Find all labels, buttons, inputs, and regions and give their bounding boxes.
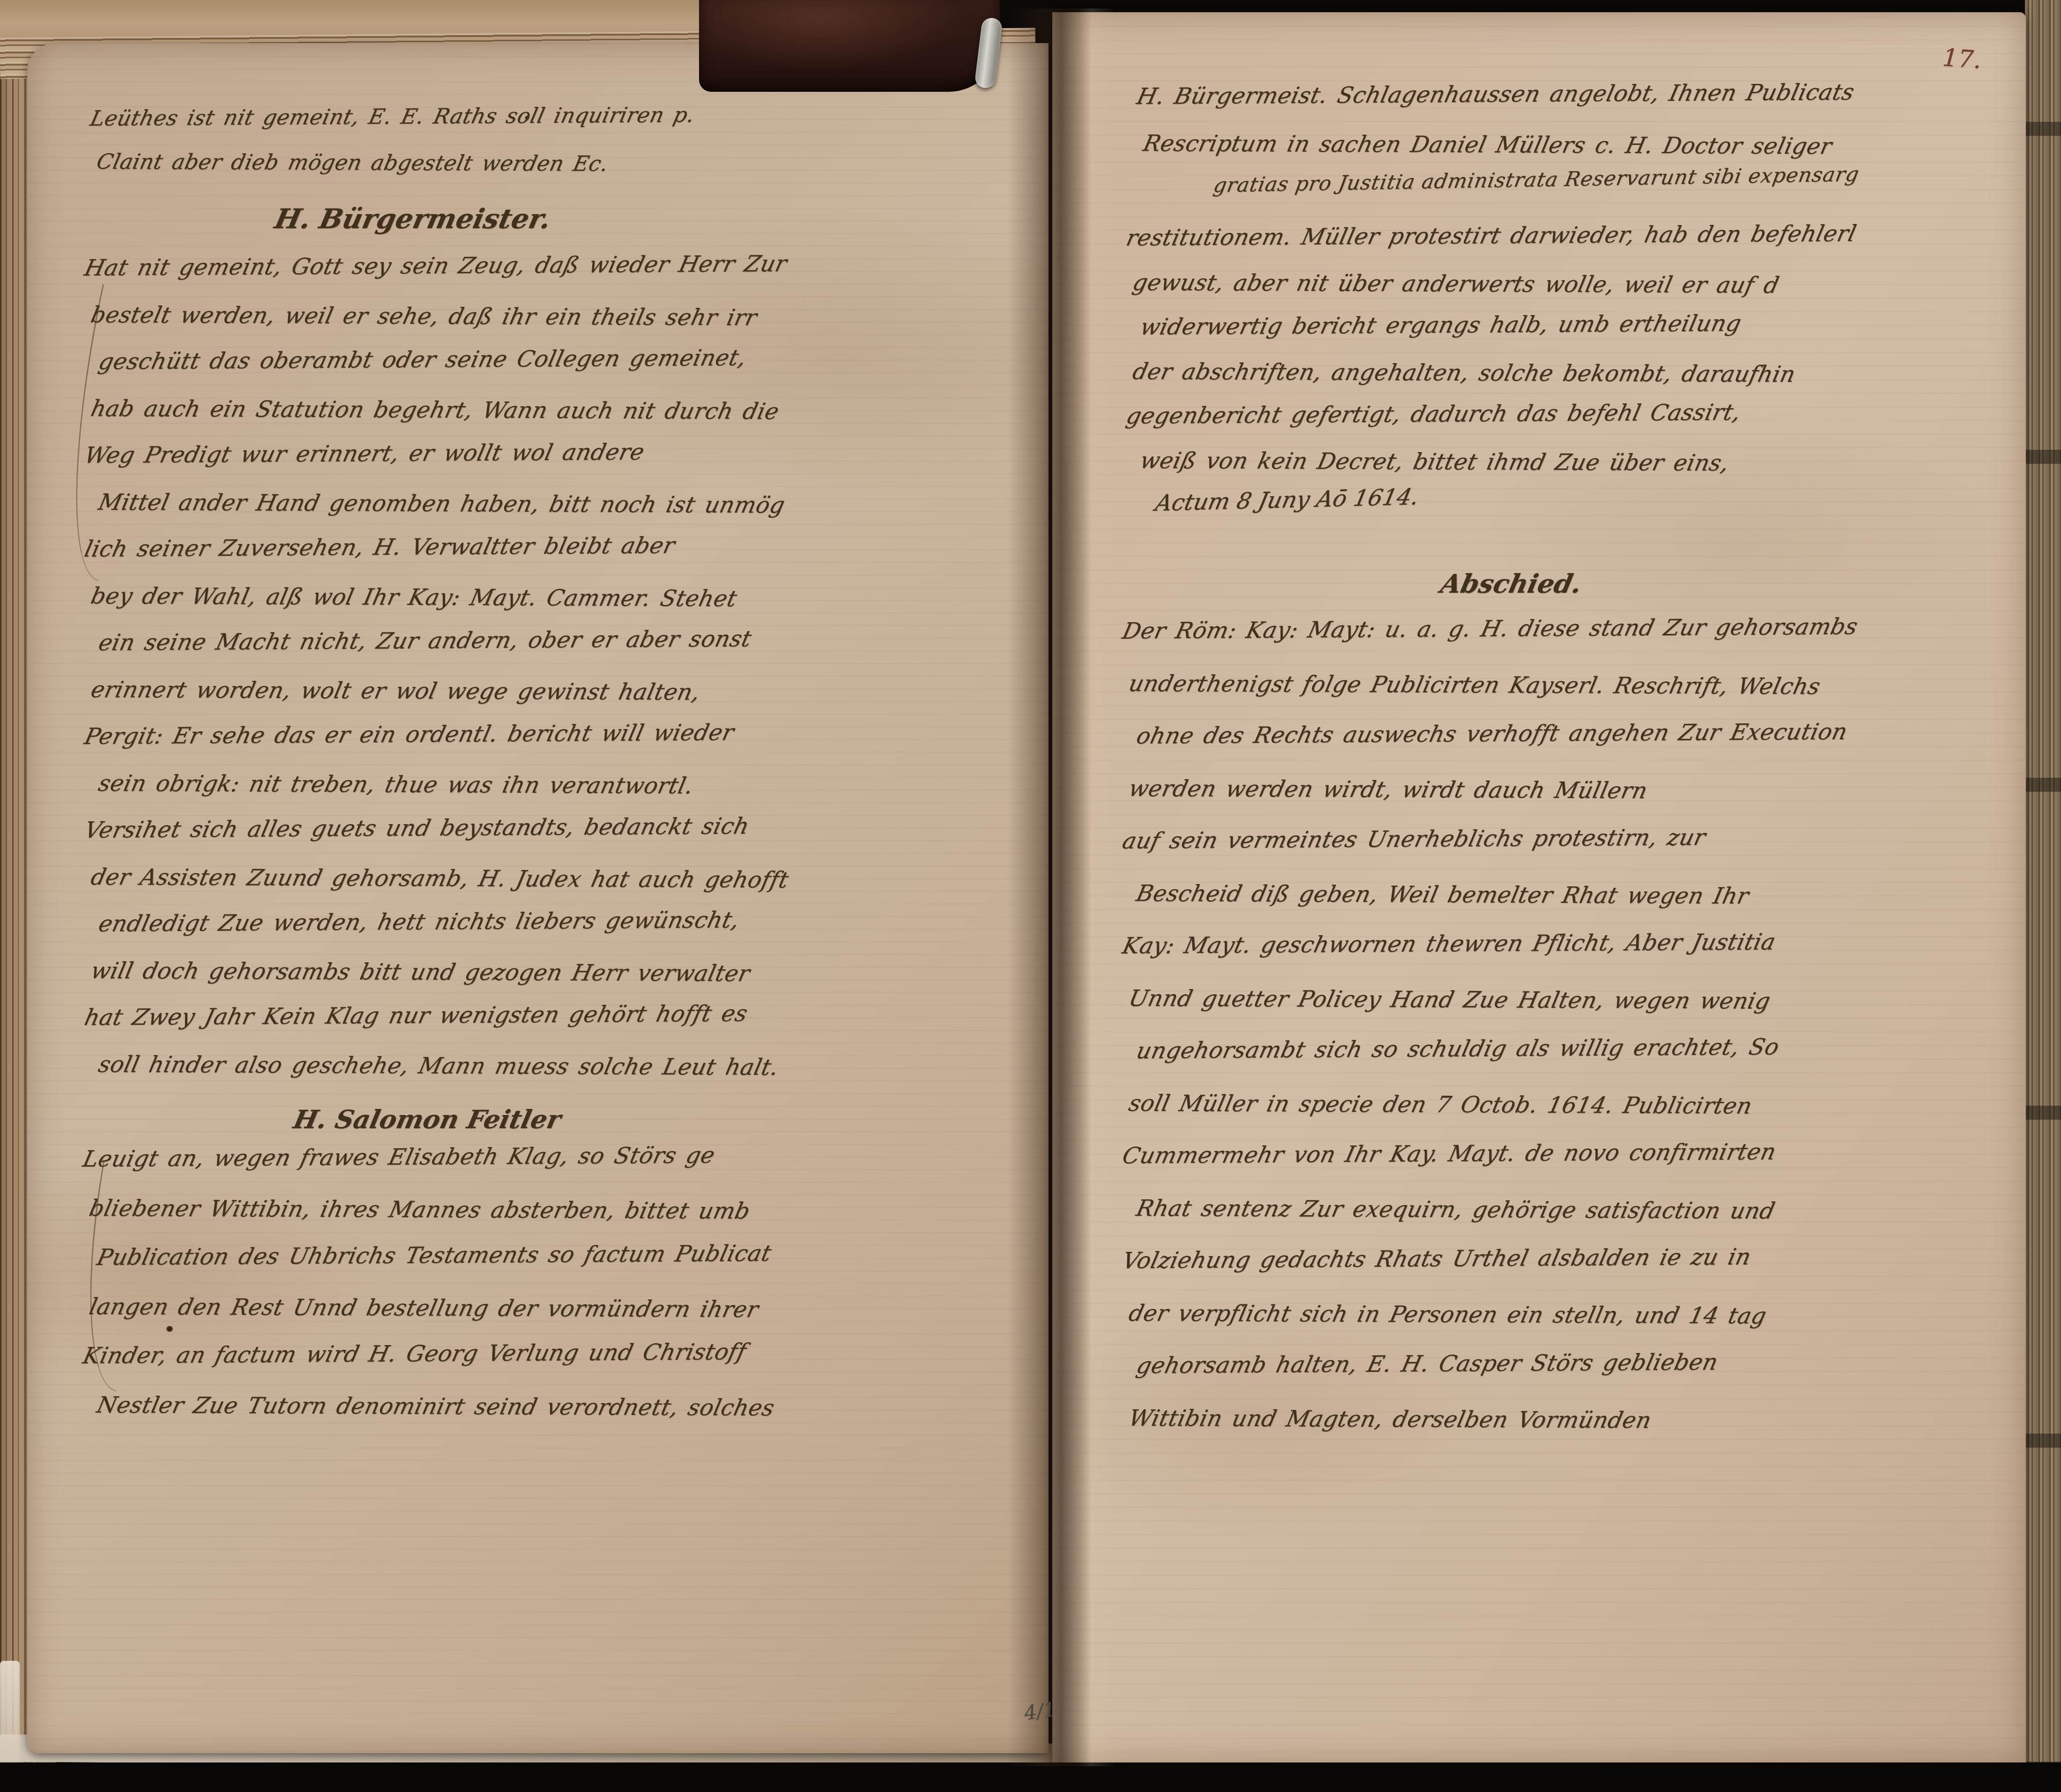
- page-number: 17.: [1942, 44, 1982, 74]
- manuscript-line: bey der Wahl, alß wol Ihr Kay: Mayt. Cam…: [86, 573, 793, 622]
- left-intro-entry: Leüthes ist nit gemeint, E. E. Raths sol…: [86, 97, 689, 183]
- manuscript-line: underthenigst folge Publicirten Kayserl.…: [1124, 657, 1861, 713]
- abschied-entry: Der Röm: Kay: Mayt: u. a. g. H. diese st…: [1117, 605, 1851, 1444]
- manuscript-line: widerwertig bericht ergangs halb, umb er…: [1136, 301, 1861, 349]
- manuscript-line: Der Röm: Kay: Mayt: u. a. g. H. diese st…: [1117, 600, 1863, 657]
- manuscript-line: hab auch ein Statution begehrt, Wann auc…: [86, 385, 793, 435]
- manuscript-line: geschütt das oberambt oder seine College…: [94, 334, 796, 385]
- manuscript-line: langen den Rest Unnd bestellung der vorm…: [84, 1282, 779, 1334]
- salomon-feitler-entry: Leuigt an, wegen frawes Elisabeth Klag, …: [78, 1135, 769, 1430]
- manuscript-line: Leüthes ist nit gemeint, E. E. Raths sol…: [86, 93, 699, 140]
- manuscript-line: Versihet sich alles guets und beystandts…: [80, 803, 796, 854]
- manuscript-line: Unnd guetter Policey Hand Zue Halten, we…: [1124, 972, 1861, 1028]
- manuscript-line: erinnert worden, wolt er wol wege gewins…: [86, 666, 793, 716]
- manuscript-line: soll Müller in specie den 7 Octob. 1614.…: [1124, 1077, 1861, 1133]
- book-cover-leather: [699, 0, 1000, 92]
- manuscript-line: Cummermehr von Ihr Kay. Mayt. de novo co…: [1117, 1125, 1863, 1182]
- manuscript-line: Wittibin und Magten, derselben Vormünden: [1124, 1392, 1861, 1448]
- manuscript-line: Volziehung gedachts Rhats Urthel alsbald…: [1117, 1230, 1863, 1287]
- manuscript-line: sein obrigk: nit treben, thue was ihn ve…: [94, 760, 793, 810]
- manuscript-line: Weg Predigt wur erinnert, er wollt wol a…: [80, 428, 796, 479]
- actum-date-line: Actum 8 Juny Aō 1614.: [1153, 483, 1421, 516]
- pencil-folio-note: 4/1: [1023, 1698, 1057, 1725]
- manuscript-line: weiß von kein Decret, bittet ihmd Zue üb…: [1136, 439, 1859, 486]
- manuscript-line: hat Zwey Jahr Kein Klag nur wenigsten ge…: [80, 990, 796, 1041]
- manuscript-line: Nestler Zue Tutorn denominirt seind vero…: [92, 1381, 779, 1433]
- manuscript-line: endledigt Zue werden, hett nichts lieber…: [94, 896, 796, 947]
- manuscript-line: Leuigt an, wegen frawes Elisabeth Klag, …: [78, 1130, 781, 1184]
- manuscript-line: Publication des Uhbrichs Testaments so f…: [92, 1229, 781, 1282]
- manuscript-scan: Leüthes ist nit gemeint, E. E. Raths sol…: [0, 0, 2061, 1792]
- manuscript-line: ohne des Rechts auswechs verhofft angehe…: [1131, 706, 1863, 762]
- manuscript-line: gehorsamb halten, E. H. Casper Störs geb…: [1131, 1335, 1863, 1392]
- manuscript-line: der verpflicht sich in Personen ein stel…: [1124, 1287, 1861, 1343]
- manuscript-line: lich seiner Zuversehen, H. Verwaltter bl…: [80, 521, 796, 573]
- manuscript-line: soll hinder also geschehe, Mann muess so…: [94, 1041, 793, 1091]
- table-shadow: [0, 1762, 2061, 1792]
- manuscript-line: restitutionem. Müller protestirt darwied…: [1122, 212, 1861, 260]
- burgermeister-heading: H. Bürgermeister.: [271, 198, 555, 240]
- manuscript-line: ein seine Macht nicht, Zur andern, ober …: [94, 615, 796, 666]
- manuscript-line: Claint aber dieb mögen abgestelt werden …: [92, 140, 698, 186]
- manuscript-line: Kinder, an factum wird H. Georg Verlung …: [78, 1327, 781, 1381]
- burgermeister-entry: Hat nit gemeint, Gott sey sein Zeug, daß…: [80, 245, 784, 1088]
- left-edge-highlight: [0, 1661, 20, 1769]
- manuscript-line: bestelt werden, weil er sehe, daß ihr ei…: [86, 291, 793, 341]
- right-page: 17. H. Bürgermeist. Schlagenhaussen ange…: [1052, 12, 2026, 1764]
- manuscript-line: Mittel ander Hand genomben haben, bitt n…: [94, 479, 793, 528]
- rescript-entry: restitutionem. Müller protestirt darwied…: [1122, 216, 1850, 483]
- abschied-heading: Abschied.: [1436, 561, 1586, 606]
- manuscript-line: der Assisten Zuund gehorsamb, H. Judex h…: [86, 854, 793, 903]
- manuscript-line: auf sein vermeintes Unerheblichs protest…: [1117, 810, 1863, 867]
- manuscript-line: werden werden wirdt, wirdt dauch Müllern: [1124, 762, 1861, 818]
- manuscript-line: gegenbericht gefertigt, dadurch das befe…: [1122, 390, 1861, 439]
- manuscript-line: Bescheid diß geben, Weil bemelter Rhat w…: [1131, 867, 1861, 923]
- left-page: Leüthes ist nit gemeint, E. E. Raths sol…: [27, 43, 1049, 1753]
- manuscript-line: ungehorsambt sich so schuldig als willig…: [1131, 1020, 1863, 1077]
- manuscript-line: Pergit: Er sehe das er ein ordentl. beri…: [80, 709, 796, 760]
- manuscript-line: Rescriptum in sachen Daniel Müllers c. H…: [1138, 120, 1857, 170]
- manuscript-line: bliebener Wittibin, ihres Mannes absterb…: [84, 1184, 779, 1236]
- manuscript-line: Hat nit gemeint, Gott sey sein Zeug, daß…: [80, 240, 796, 291]
- latin-gratias-line: gratias pro Justitia administrata Reserv…: [1212, 163, 1861, 197]
- manuscript-line: Rhat sentenz Zur exequirn, gehörige sati…: [1131, 1182, 1861, 1238]
- manuscript-line: will doch gehorsambs bitt und gezogen He…: [86, 947, 793, 997]
- right-fore-edge-stack: [2025, 0, 2061, 1792]
- manuscript-line: Kay: Mayt. geschwornen thewren Pflicht, …: [1117, 915, 1863, 972]
